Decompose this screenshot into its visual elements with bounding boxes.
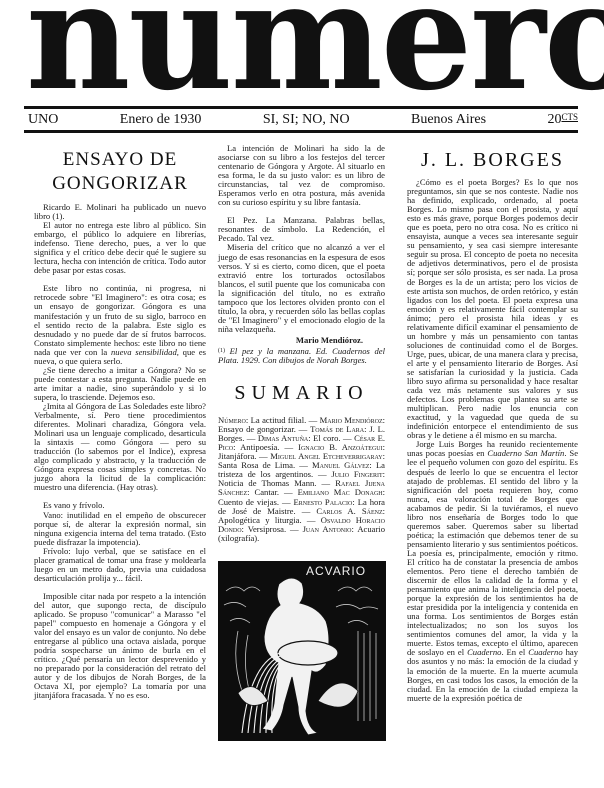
woodcut-caption: ACVARIO [306, 564, 366, 578]
sumario-title: SUMARIO [218, 382, 385, 404]
price: 20CTS [547, 112, 578, 128]
paragraph: Frívolo: lujo verbal, que se satisface e… [34, 547, 206, 583]
paragraph-text: Este libro no continúa, ni progresa, ni … [34, 283, 206, 356]
paragraph: Este libro no continúa, ni progresa, ni … [34, 284, 206, 365]
table-of-contents: Número: La actitud filial. — Mario Mendi… [218, 416, 385, 543]
price-unit: CTS [561, 112, 578, 122]
woodcut-illustration-icon: ACVARIO [218, 561, 386, 741]
footnote-mark: (1) [218, 348, 225, 354]
masthead: número [0, 0, 604, 106]
dateline: UNO Enero de 1930 SI, SI; NO, NO Buenos … [28, 111, 578, 129]
toc-work: Acuario (xilografía). [218, 524, 385, 543]
issue-number: UNO [28, 112, 58, 128]
masthead-top-rule [24, 106, 578, 109]
paragraph: El Pez. La Manzana. Palabras bellas, res… [218, 216, 385, 243]
paragraph: Imposible citar nada por respeto a la in… [34, 592, 206, 701]
footnote: (1) El pez y la manzana. Ed. Cuadernos d… [218, 347, 385, 365]
paragraph: ¿Imita al Góngora de Las Soledades este … [34, 402, 206, 492]
footnote-text: El pez y la manzana. Ed. Cuadernos del P… [218, 346, 385, 365]
paragraph: ¿Se tiene derecho a imitar a Góngora? No… [34, 366, 206, 402]
paragraph: Miseria del crítico que no alcanzó a ver… [218, 243, 385, 333]
article-continuation: La intención de Molinari ha sido la de a… [218, 144, 385, 543]
article-ensayo-de-gongorizar: ENSAYO DE GONGORIZAR Ricardo E. Molinari… [34, 148, 206, 700]
aquarius-woodcut: ACVARIO [218, 561, 386, 741]
paragraph-text: Se lee el pequeño volumen con gozo del e… [407, 448, 578, 657]
article-title: J. L. BORGES [407, 148, 578, 172]
price-number: 20 [547, 112, 561, 127]
article-title: ENSAYO DE GONGORIZAR [34, 148, 206, 196]
paragraph: Vano: inutilidad en el empeño de obscure… [34, 511, 206, 547]
city: Buenos Aires [411, 112, 486, 128]
paragraph: La intención de Molinari ha sido la de a… [218, 144, 385, 207]
paragraph: ¿Cómo es el poeta Borges? Es lo que nos … [407, 178, 578, 440]
author-signature: Mario Mendióroz. [218, 336, 385, 345]
article-jl-borges: J. L. BORGES ¿Cómo es el poeta Borges? E… [407, 148, 578, 703]
title-line-2: GONGORIZAR [34, 172, 206, 196]
paragraph: Ricardo E. Molinari ha publicado un nuev… [34, 203, 206, 221]
paragraph-text: hay dos asuntos y no más: la emoción de … [407, 647, 578, 702]
motto: SI, SI; NO, NO [263, 112, 350, 128]
paragraph: El autor no entrega este libro al públic… [34, 221, 206, 275]
title-line-1: ENSAYO DE [34, 148, 206, 172]
issue-date: Enero de 1930 [120, 112, 202, 128]
newspaper-title: número [26, 0, 565, 110]
masthead-bottom-rule [24, 130, 578, 133]
toc-author: Juan Antonio [303, 524, 352, 534]
paragraph: Jorge Luis Borges ha reunido recientemen… [407, 440, 578, 702]
